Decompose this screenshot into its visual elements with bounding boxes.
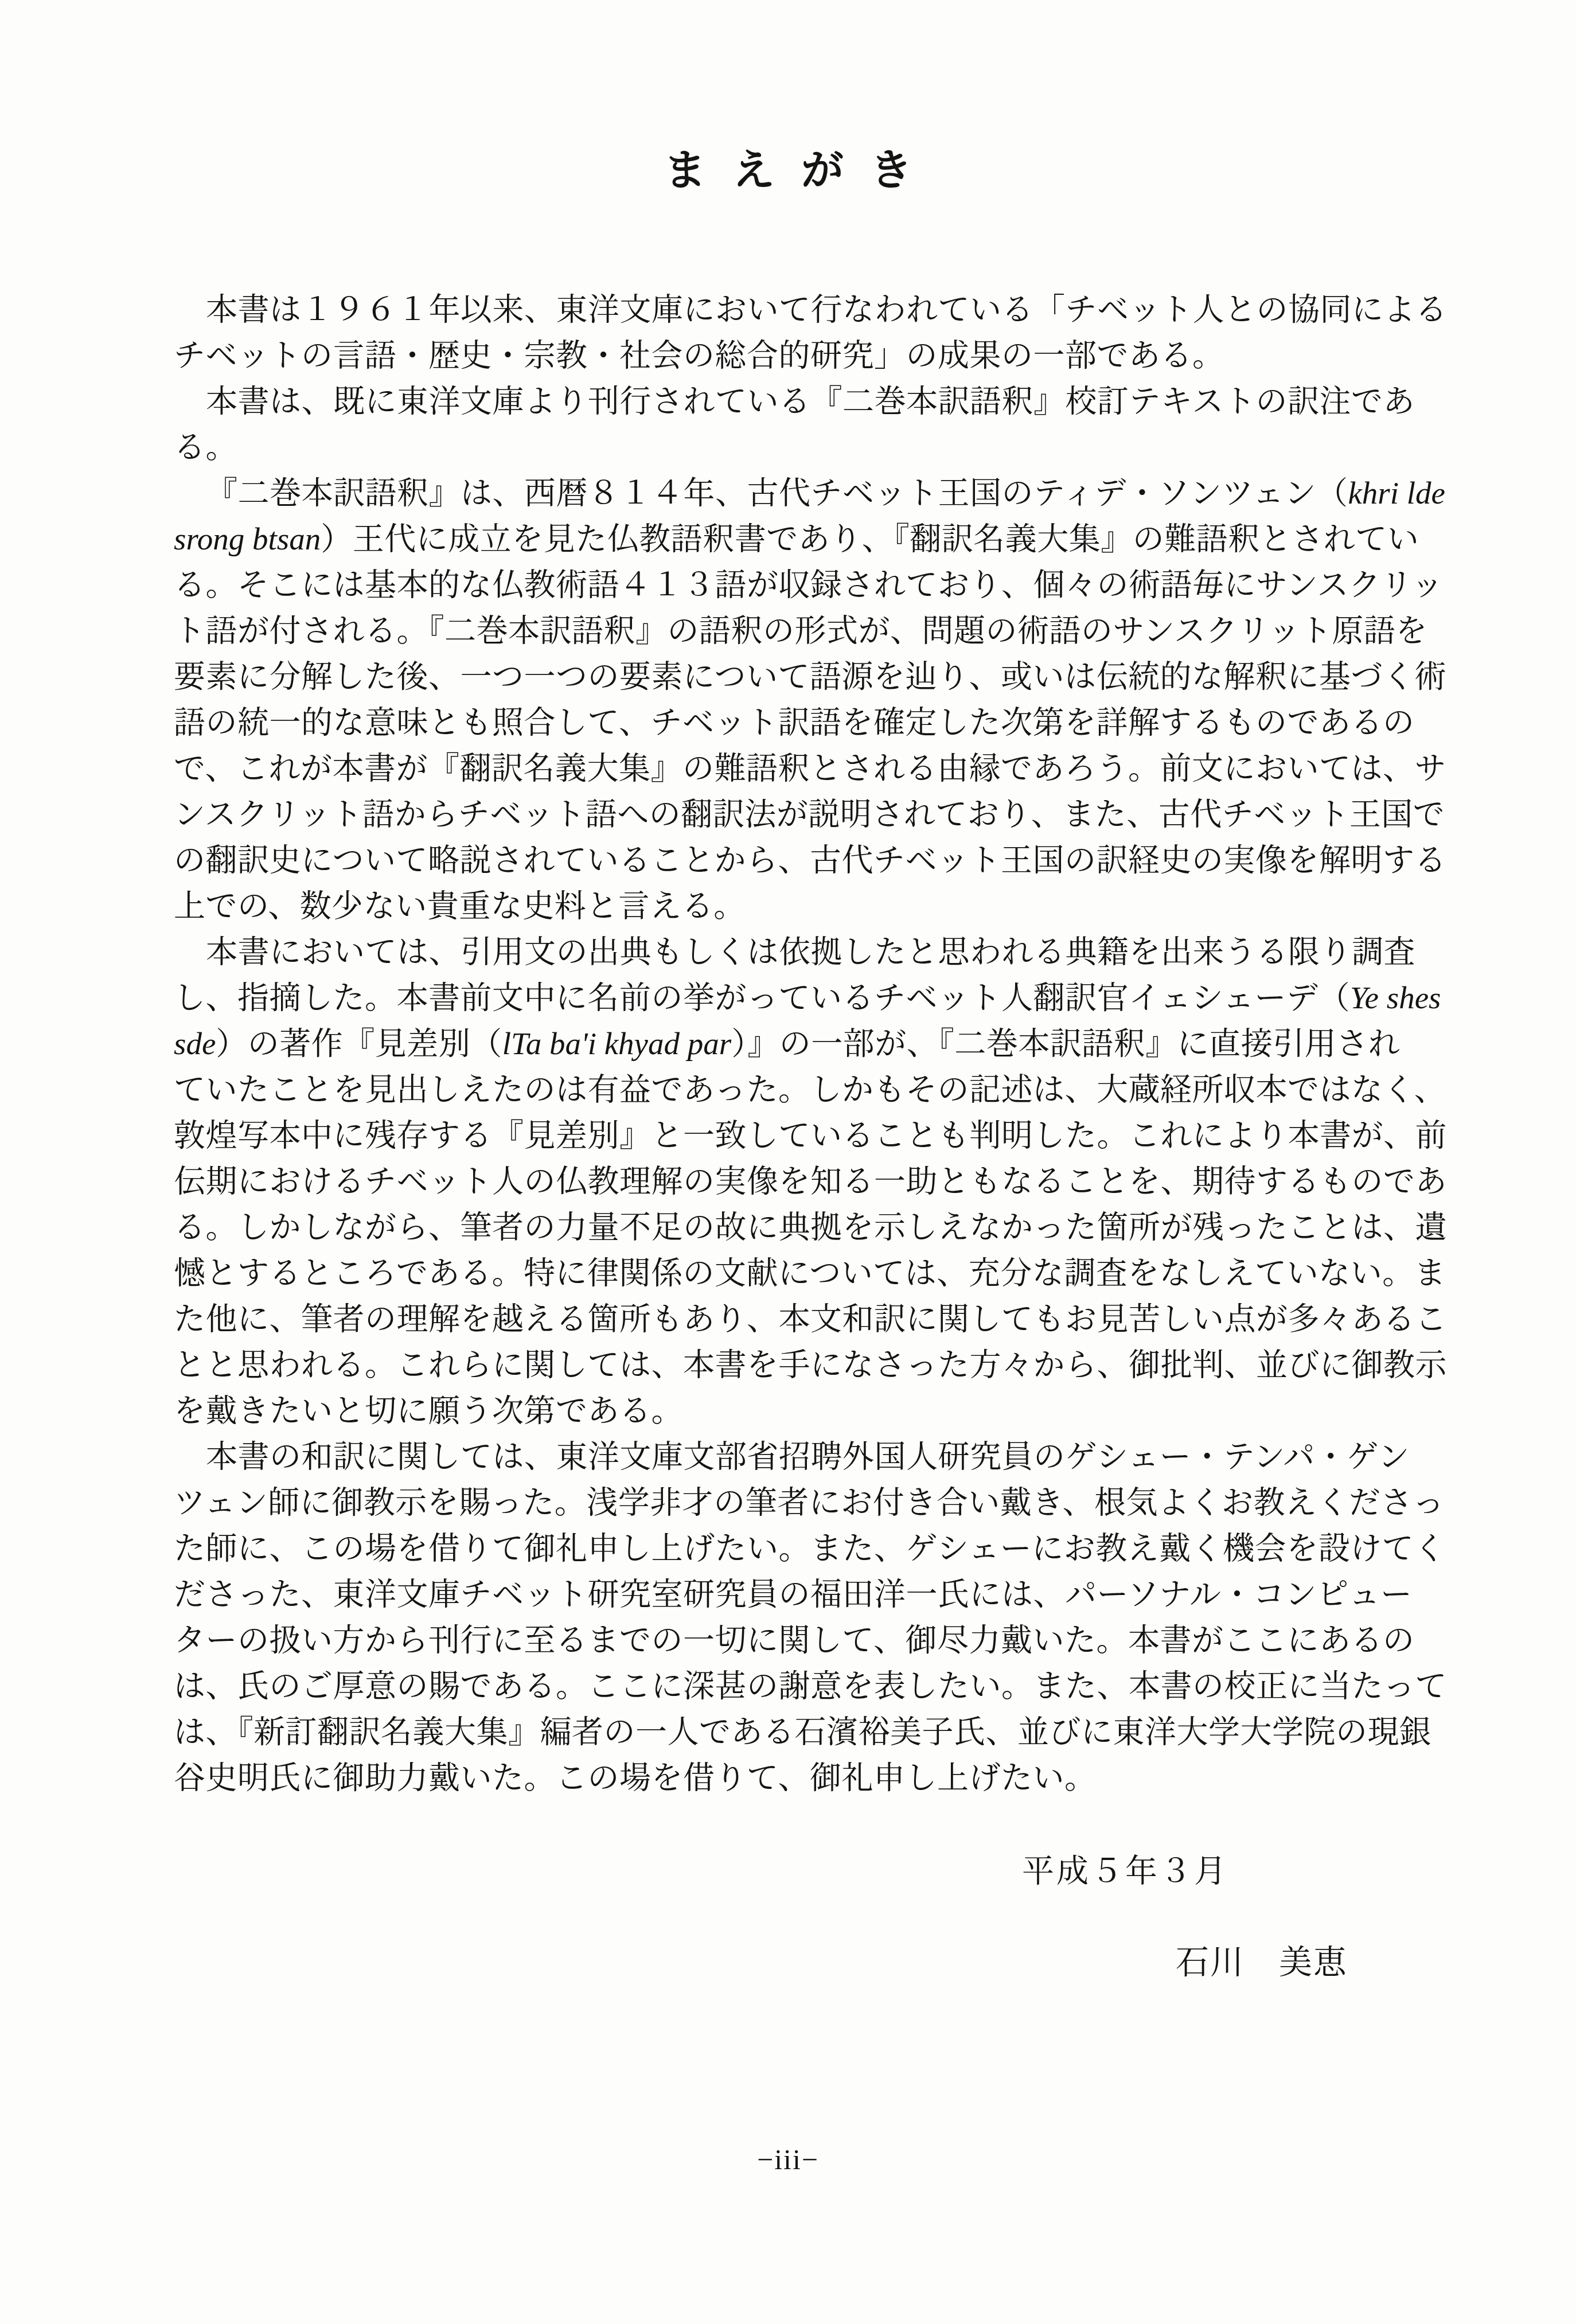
text-segment: ）の著作『見差別（ — [216, 1026, 502, 1061]
text-line: 伝期におけるチベット人の仏教理解の実像を知る一助ともなることを、期待するものであ — [174, 1159, 1407, 1204]
text-segment: ）王代に成立を見た仏教語釈書であり、『翻訳名義大集』の難語釈とされてい — [321, 521, 1419, 556]
text-line: ト語が付される。『二巻本訳語釈』の語釈の形式が、問題の術語のサンスクリット原語を — [174, 608, 1407, 654]
text-line: 本書の和訳に関しては、東洋文庫文部省招聘外国人研究員のゲシェー・テンパ・ゲン — [174, 1434, 1407, 1480]
text-line: し、指摘した。本書前文中に名前の挙がっているチベット人翻訳官イェシェーデ（Ye … — [174, 975, 1407, 1021]
text-segment: は、『新訂翻訳名義大集』編者の一人である石濱裕美子氏、並びに東洋大学大学院の現銀 — [174, 1714, 1431, 1749]
text-segment: で、これが本書が『翻訳名義大集』の難語釈とされる由縁であろう。前文においては、サ — [174, 751, 1446, 786]
text-line: ださった、東洋文庫チベット研究室研究員の福田洋一氏には、パーソナル・コンピュー — [174, 1572, 1407, 1617]
text-segment: チベットの言語・歴史・宗教・社会の総合的研究」の成果の一部である。 — [174, 338, 1224, 373]
text-segment: た他に、筆者の理解を越える箇所もあり、本文和訳に関してもお見苦しい点が多々あるこ — [174, 1301, 1447, 1336]
text-segment: とと思われる。これらに関しては、本書を手になさった方々から、御批判、並びに御教示 — [174, 1347, 1447, 1382]
text-line: 語の統一的な意味とも照合して、チベット訳語を確定した次第を詳解するものであるの — [174, 700, 1407, 746]
text-segment: 語の統一的な意味とも照合して、チベット訳語を確定した次第を詳解するものであるの — [174, 705, 1414, 740]
text-line: 要素に分解した後、一つ一つの要素について語源を辿り、或いは伝統的な解釈に基づく術 — [174, 654, 1407, 700]
text-segment: ンスクリット語からチベット語への翻訳法が説明されており、また、古代チベット王国で — [174, 797, 1445, 832]
text-line: 本書は、既に東洋文庫より刊行されている『二巻本訳語釈』校訂テキストの訳注であ — [174, 379, 1407, 424]
text-segment: 谷史明氏に御助力戴いた。この場を借りて、御礼申し上げたい。 — [174, 1760, 1096, 1795]
text-line: sde）の著作『見差別（lTa ba'i khyad par）』の一部が、『二巻… — [174, 1021, 1407, 1067]
text-segment: を戴きたいと切に願う次第である。 — [174, 1393, 683, 1428]
text-segment: ださった、東洋文庫チベット研究室研究員の福田洋一氏には、パーソナル・コンピュー — [174, 1577, 1413, 1612]
text-line: 本書においては、引用文の出典もしくは依拠したと思われる典籍を出来うる限り調査 — [174, 929, 1407, 975]
text-line: は、氏のご厚意の賜である。ここに深甚の謝意を表したい。また、本書の校正に当たって — [174, 1663, 1407, 1709]
text-line: srong btsan）王代に成立を見た仏教語釈書であり、『翻訳名義大集』の難語… — [174, 516, 1407, 562]
latin-italic-segment: sde — [174, 1026, 216, 1061]
text-segment: 伝期におけるチベット人の仏教理解の実像を知る一助ともなることを、期待するものであ — [174, 1164, 1447, 1199]
latin-italic-segment: srong btsan — [174, 521, 321, 556]
text-segment: る。そこには基本的な仏教術語４１３語が収録されており、個々の術語毎にサンスクリッ — [174, 567, 1443, 602]
body-text: 本書は１９６１年以来、東洋文庫において行なわれている「チベット人との協同によるチ… — [174, 287, 1407, 1801]
text-line: 『二巻本訳語釈』は、西暦８１４年、古代チベット王国のティデ・ソンツェン（khri… — [174, 470, 1407, 516]
text-line: ターの扱い方から刊行に至るまでの一切に関して、御尽力戴いた。本書がここにあるの — [174, 1617, 1407, 1663]
text-line: る。 — [174, 424, 1407, 470]
text-line: ツェン師に御教示を賜った。浅学非才の筆者にお付き合い戴き、根気よくお教えくださっ — [174, 1480, 1407, 1526]
date-line: 平成５年３月 — [1022, 1846, 1228, 1892]
text-segment: る。 — [174, 430, 237, 465]
text-line: る。しかしながら、筆者の力量不足の故に典拠を示しえなかった箇所が残ったことは、遺 — [174, 1204, 1407, 1250]
text-line: とと思われる。これらに関しては、本書を手になさった方々から、御批判、並びに御教示 — [174, 1342, 1407, 1388]
text-segment: ）』の一部が、『二巻本訳語釈』に直接引用され — [731, 1026, 1400, 1061]
text-segment: 本書は、既に東洋文庫より刊行されている『二巻本訳語釈』校訂テキストの訳注であ — [206, 384, 1415, 419]
latin-italic-segment: lTa ba'i khyad par — [502, 1026, 731, 1061]
author-signature: 石川 美恵 — [1176, 1935, 1348, 1983]
text-line: チベットの言語・歴史・宗教・社会の総合的研究」の成果の一部である。 — [174, 333, 1407, 379]
text-segment: ターの扱い方から刊行に至るまでの一切に関して、御尽力戴いた。本書がここにあるの — [174, 1623, 1414, 1658]
text-segment: 『二巻本訳語釈』は、西暦８１４年、古代チベット王国のティデ・ソンツェン（ — [206, 475, 1348, 510]
text-segment: 本書の和訳に関しては、東洋文庫文部省招聘外国人研究員のゲシェー・テンパ・ゲン — [206, 1439, 1410, 1474]
text-line: る。そこには基本的な仏教術語４１３語が収録されており、個々の術語毎にサンスクリッ — [174, 562, 1407, 608]
text-line: た他に、筆者の理解を越える箇所もあり、本文和訳に関してもお見苦しい点が多々あるこ — [174, 1296, 1407, 1342]
text-segment: ツェン師に御教示を賜った。浅学非才の筆者にお付き合い戴き、根気よくお教えくださっ — [174, 1485, 1445, 1520]
text-line: ていたことを見出しえたのは有益であった。しかもその記述は、大蔵経所収本ではなく、 — [174, 1067, 1407, 1113]
text-line: 谷史明氏に御助力戴いた。この場を借りて、御礼申し上げたい。 — [174, 1755, 1407, 1801]
text-line: ンスクリット語からチベット語への翻訳法が説明されており、また、古代チベット王国で — [174, 791, 1407, 837]
latin-italic-segment: Ye shes — [1350, 980, 1441, 1015]
text-line: を戴きたいと切に願う次第である。 — [174, 1388, 1407, 1434]
text-segment: し、指摘した。本書前文中に名前の挙がっているチベット人翻訳官イェシェーデ（ — [174, 980, 1350, 1015]
text-line: の翻訳史について略説されていることから、古代チベット王国の訳経史の実像を解明する — [174, 837, 1407, 883]
text-segment: ていたことを見出しえたのは有益であった。しかもその記述は、大蔵経所収本ではなく、 — [174, 1072, 1446, 1107]
text-line: 上での、数少ない貴重な史料と言える。 — [174, 883, 1407, 929]
text-segment: は、氏のご厚意の賜である。ここに深甚の謝意を表したい。また、本書の校正に当たって — [174, 1668, 1447, 1703]
text-line: 本書は１９６１年以来、東洋文庫において行なわれている「チベット人との協同による — [174, 287, 1407, 333]
text-segment: る。しかしながら、筆者の力量不足の故に典拠を示しえなかった箇所が残ったことは、遺 — [174, 1210, 1447, 1245]
text-line: 敦煌写本中に残存する『見差別』と一致していることも判明した。これにより本書が、前 — [174, 1113, 1407, 1159]
page-number: −iii− — [0, 2143, 1576, 2176]
text-segment: 憾とするところである。特に律関係の文献については、充分な調査をなしえていない。ま — [174, 1255, 1446, 1290]
text-line: 憾とするところである。特に律関係の文献については、充分な調査をなしえていない。ま — [174, 1250, 1407, 1296]
text-segment: た師に、この場を借りて御礼申し上げたい。また、ゲシェーにお教え戴く機会を設けてく — [174, 1531, 1446, 1566]
text-segment: 要素に分解した後、一つ一つの要素について語源を辿り、或いは伝統的な解釈に基づく術 — [174, 659, 1446, 694]
text-segment: 本書においては、引用文の出典もしくは依拠したと思われる典籍を出来うる限り調査 — [206, 934, 1415, 969]
text-segment: ト語が付される。『二巻本訳語釈』の語釈の形式が、問題の術語のサンスクリット原語を — [174, 613, 1427, 648]
text-segment: 敦煌写本中に残存する『見差別』と一致していることも判明した。これにより本書が、前 — [174, 1118, 1447, 1153]
text-line: た師に、この場を借りて御礼申し上げたい。また、ゲシェーにお教え戴く機会を設けてく — [174, 1526, 1407, 1572]
latin-italic-segment: khri lde — [1348, 475, 1445, 510]
scanned-preface-page: まえがき 本書は１９６１年以来、東洋文庫において行なわれている「チベット人との協… — [0, 0, 1576, 2324]
text-line: で、これが本書が『翻訳名義大集』の難語釈とされる由縁であろう。前文においては、サ — [174, 746, 1407, 791]
text-line: は、『新訂翻訳名義大集』編者の一人である石濱裕美子氏、並びに東洋大学大学院の現銀 — [174, 1709, 1407, 1755]
text-segment: 本書は１９６１年以来、東洋文庫において行なわれている「チベット人との協同による — [206, 292, 1448, 327]
text-segment: の翻訳史について略説されていることから、古代チベット王国の訳経史の実像を解明する — [174, 843, 1446, 878]
page-title: まえがき — [0, 137, 1576, 197]
text-segment: 上での、数少ない貴重な史料と言える。 — [174, 888, 746, 923]
